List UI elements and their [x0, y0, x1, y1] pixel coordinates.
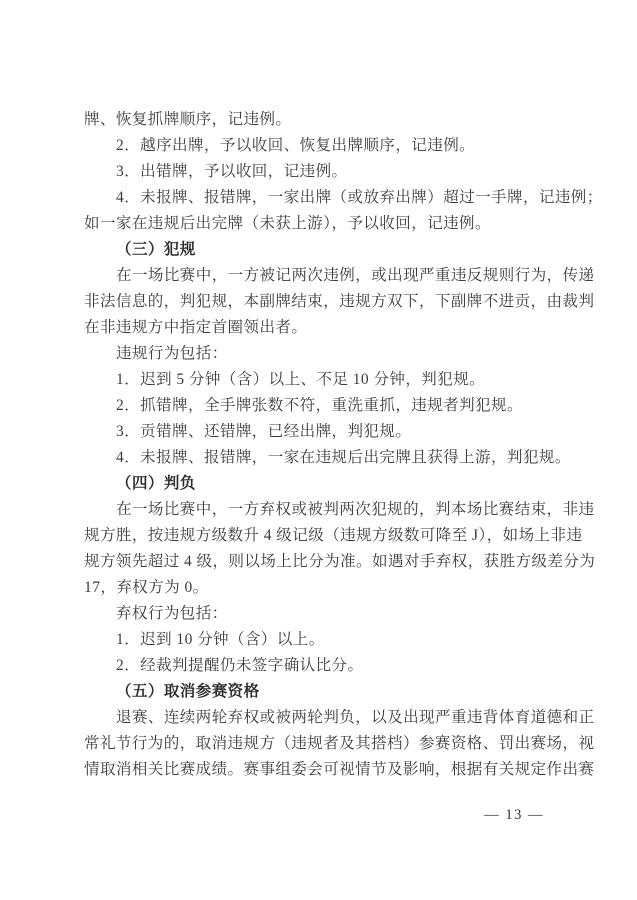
- text-line: 在一场比赛中，一方弃权或被判两次犯规的，判本场比赛结束，非违: [84, 497, 629, 523]
- text-line: 情取消相关比赛成绩。赛事组委会可视情节及影响，根据有关规定作出赛: [84, 757, 629, 783]
- text-line: 1．迟到 5 分钟（含）以上、不足 10 分钟，判犯规。: [84, 367, 629, 393]
- text-line: 退赛、连续两轮弃权或被两轮判负，以及出现严重违背体育道德和正: [84, 705, 629, 731]
- text-line: 3．贡错牌、还错牌，已经出牌，判犯规。: [84, 419, 629, 445]
- text-line: 如一家在违规后出完牌（未获上游），予以收回，记违例。: [84, 211, 629, 237]
- text-line: 规方领先超过 4 级，则以场上比分为准。如遇对手弃权，获胜方级差分为: [84, 549, 629, 575]
- text-line: 规方胜，按违规方级数升 4 级记级（违规方级数可降至 J），如场上非违: [84, 523, 629, 549]
- text-line: 弃权行为包括：: [84, 601, 629, 627]
- text-line: 在一场比赛中，一方被记两次违例，或出现严重违反规则行为，传递: [84, 263, 629, 289]
- text-line: 非法信息的，判犯规，本副牌结束，违规方双下，下副牌不进贡，由裁判: [84, 289, 629, 315]
- page-number: — 13 —: [484, 804, 544, 826]
- section-heading: （五）取消参赛资格: [84, 679, 629, 705]
- text-line: 2．抓错牌，全手牌张数不符，重洗重抓，违规者判犯规。: [84, 393, 629, 419]
- text-line: 4．未报牌、报错牌，一家出牌（或放弃出牌）超过一手牌，记违例；: [84, 185, 629, 211]
- document-page: 牌、恢复抓牌顺序，记违例。2．越序出牌，予以收回、恢复出牌顺序，记违例。3．出错…: [0, 0, 637, 900]
- text-line: 牌、恢复抓牌顺序，记违例。: [84, 107, 629, 133]
- text-line: 17，弃权方为 0。: [84, 575, 629, 601]
- text-line: 2．经裁判提醒仍未签字确认比分。: [84, 653, 629, 679]
- text-line: 4．未报牌、报错牌，一家在违规后出完牌且获得上游，判犯规。: [84, 445, 629, 471]
- text-line: 违规行为包括：: [84, 341, 629, 367]
- section-heading: （四）判负: [84, 471, 629, 497]
- text-line: 3．出错牌，予以收回，记违例。: [84, 159, 629, 185]
- text-line: 常礼节行为的，取消违规方（违规者及其搭档）参赛资格、罚出赛场，视: [84, 731, 629, 757]
- section-heading: （三）犯规: [84, 237, 629, 263]
- document-body: 牌、恢复抓牌顺序，记违例。2．越序出牌，予以收回、恢复出牌顺序，记违例。3．出错…: [84, 107, 629, 783]
- text-line: 1．迟到 10 分钟（含）以上。: [84, 627, 629, 653]
- text-line: 在非违规方中指定首圈领出者。: [84, 315, 629, 341]
- text-line: 2．越序出牌，予以收回、恢复出牌顺序，记违例。: [84, 133, 629, 159]
